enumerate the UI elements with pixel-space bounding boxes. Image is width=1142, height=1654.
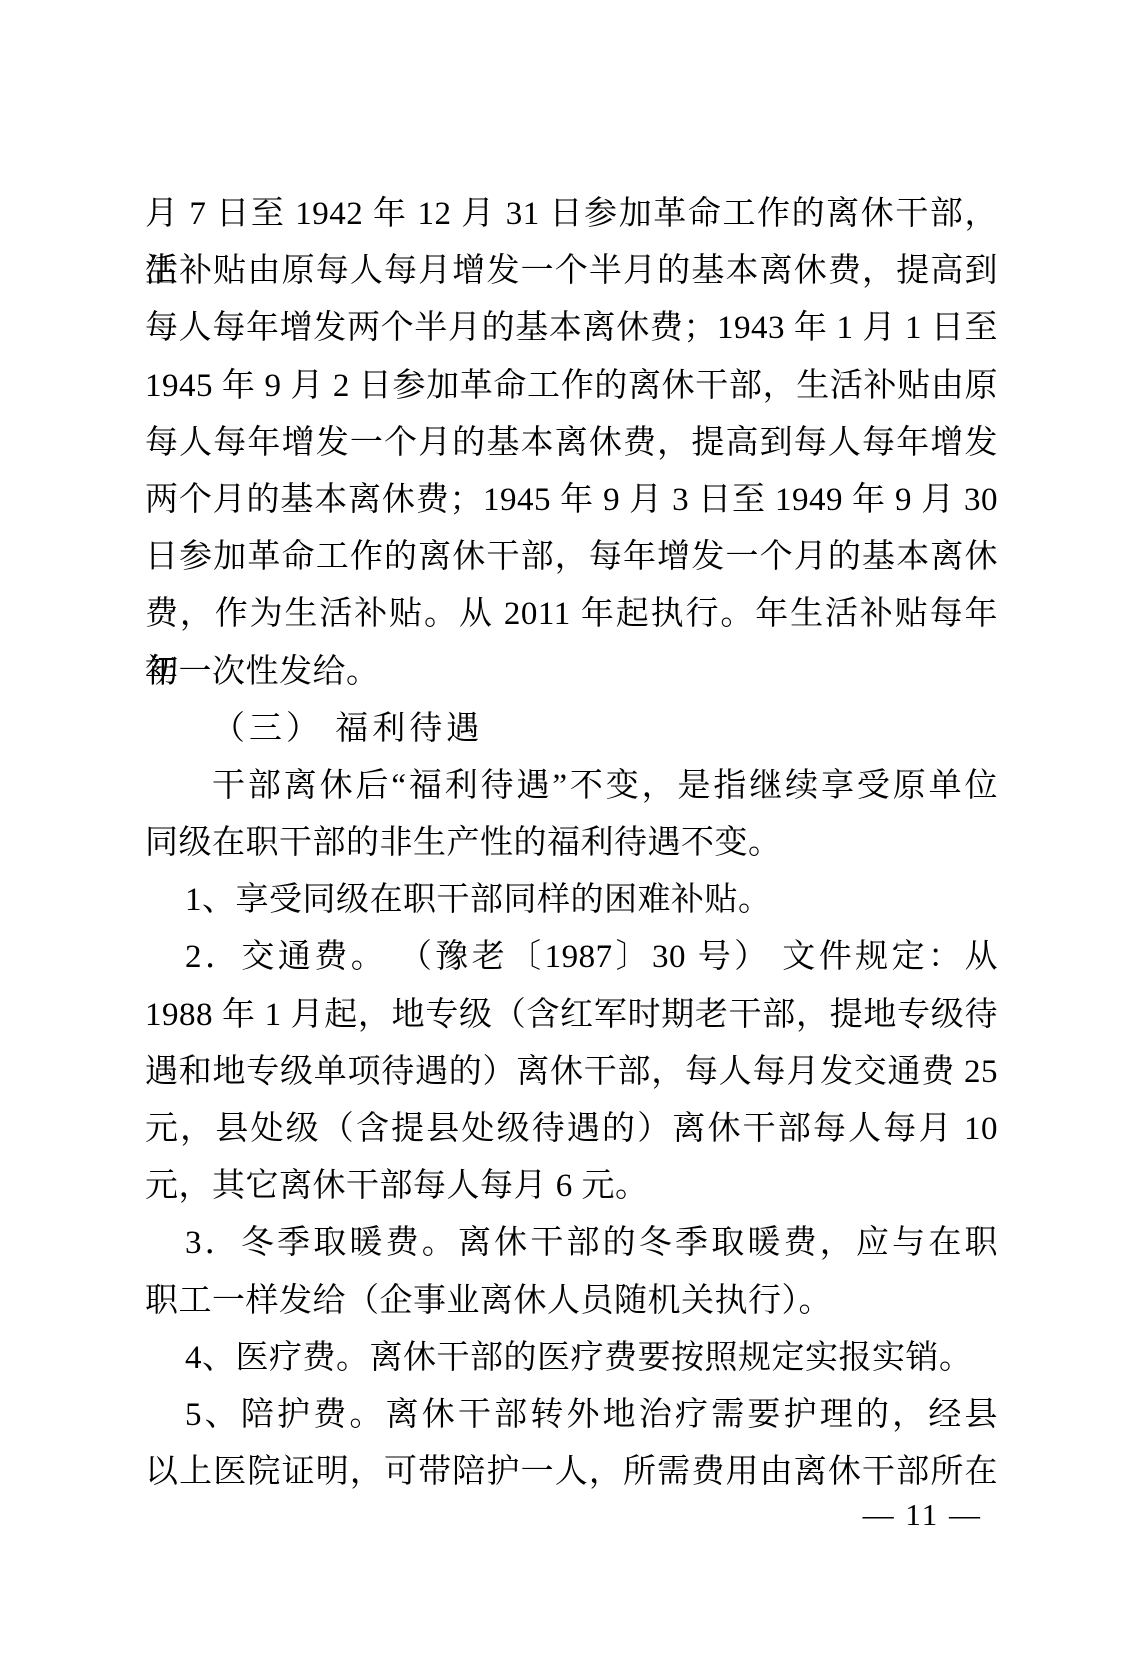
body-line: 初一次性发给。 [145, 644, 998, 701]
list-item-line: 1、享受同级在职干部同样的困难补贴。 [145, 872, 998, 929]
body-line: 元，其它离休干部每人每月 6 元。 [145, 1158, 998, 1215]
body-line: 职工一样发给（企事业离休人员随机关执行）。 [145, 1273, 998, 1330]
list-item-line: 5、陪护费。离休干部转外地治疗需要护理的，经县 [145, 1387, 998, 1444]
body-line: 以上医院证明，可带陪护一人，所需费用由离休干部所在 [145, 1444, 998, 1501]
body-line: 两个月的基本离休费；1945 年 9 月 3 日至 1949 年 9 月 30 [145, 472, 998, 529]
body-line: 1945 年 9 月 2 日参加革命工作的离休干部，生活补贴由原 [145, 358, 998, 415]
body-line: 每人每年增发两个半月的基本离休费；1943 年 1 月 1 日至 [145, 300, 998, 357]
section-heading: （三） 福利待遇 [145, 701, 998, 758]
page-number: — 11 — [863, 1496, 982, 1534]
body-line: 每人每年增发一个月的基本离休费，提高到每人每年增发 [145, 415, 998, 472]
body-line: 遇和地专级单项待遇的）离休干部，每人每月发交通费 25 [145, 1044, 998, 1101]
document-body: 月 7 日至 1942 年 12 月 31 日参加革命工作的离休干部，生 活补贴… [145, 186, 998, 1501]
body-line: 元，县处级（含提县处级待遇的）离休干部每人每月 10 [145, 1101, 998, 1158]
list-item-line: 2．交通费。 （豫老〔1987〕30 号） 文件规定：从 [145, 929, 998, 986]
body-line: 月 7 日至 1942 年 12 月 31 日参加革命工作的离休干部，生 [145, 186, 998, 243]
body-line: 费，作为生活补贴。从 2011 年起执行。年生活补贴每年年 [145, 586, 998, 643]
body-line: 1988 年 1 月起，地专级（含红军时期老干部，提地专级待 [145, 987, 998, 1044]
list-item-line: 3．冬季取暖费。离休干部的冬季取暖费，应与在职 [145, 1215, 998, 1272]
body-line: 日参加革命工作的离休干部，每年增发一个月的基本离休 [145, 529, 998, 586]
document-page: 月 7 日至 1942 年 12 月 31 日参加革命工作的离休干部，生 活补贴… [0, 0, 1142, 1654]
list-item-line: 4、医疗费。离休干部的医疗费要按照规定实报实销。 [145, 1330, 998, 1387]
body-line: 活补贴由原每人每月增发一个半月的基本离休费，提高到 [145, 243, 998, 300]
body-line: 干部离休后“福利待遇”不变，是指继续享受原单位 [145, 758, 998, 815]
body-line: 同级在职干部的非生产性的福利待遇不变。 [145, 815, 998, 872]
